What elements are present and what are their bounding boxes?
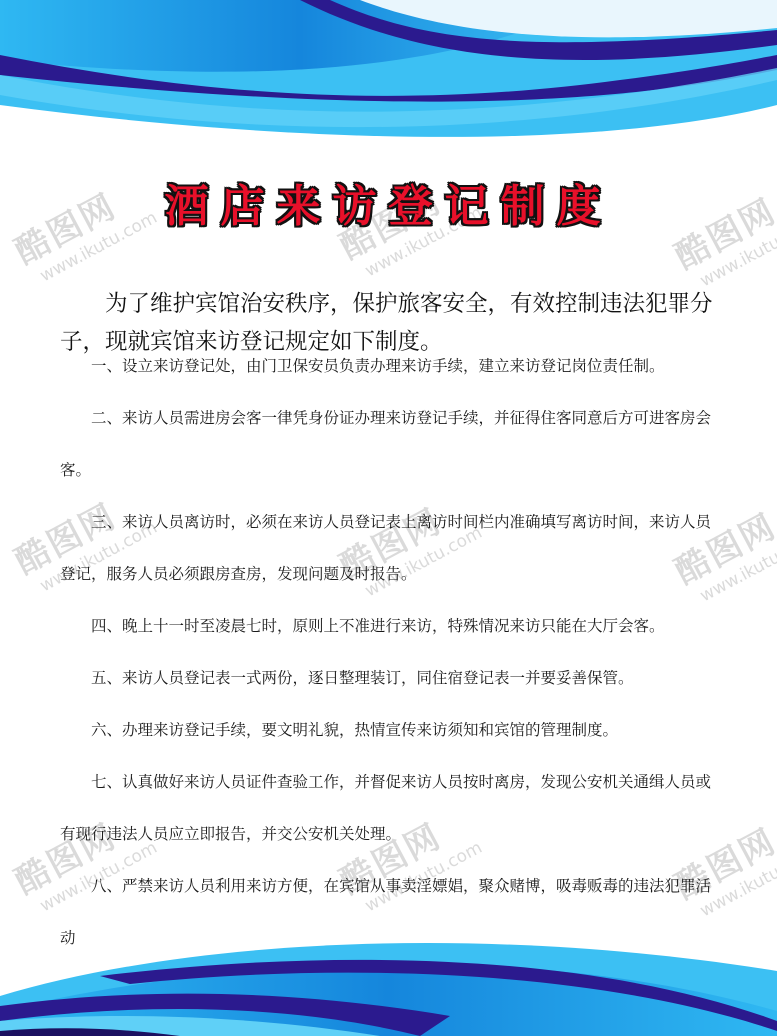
rule-item-3: 三、来访人员离访时，必须在来访人员登记表上离访时间栏内准确填写离访时间，来访人员…: [60, 496, 722, 600]
rules-list: 一、设立来访登记处，由门卫保安员负责办理来访手续，建立来访登记岗位责任制。 二、…: [60, 340, 722, 964]
rule-item-5: 五、来访人员登记表一式两份，逐日整理装订，同住宿登记表一并要妥善保管。: [60, 652, 722, 704]
rule-item-4: 四、晚上十一时至凌晨七时，原则上不准进行来访，特殊情况来访只能在大厅会客。: [60, 600, 722, 652]
rule-item-2: 二、来访人员需进房会客一律凭身份证办理来访登记手续，并征得住客同意后方可进客房会…: [60, 392, 722, 496]
rule-item-6: 六、办理来访登记手续，要文明礼貌，热情宣传来访须知和宾馆的管理制度。: [60, 704, 722, 756]
top-wave-banner: [0, 0, 777, 140]
rule-item-7: 七、认真做好来访人员证件查验工作，并督促来访人员按时离房，发现公安机关通缉人员或…: [60, 756, 722, 860]
bottom-wave-banner: [0, 926, 777, 1036]
document-title: 酒店来访登记制度: [0, 170, 777, 234]
rule-item-1: 一、设立来访登记处，由门卫保安员负责办理来访手续，建立来访登记岗位责任制。: [60, 340, 722, 392]
